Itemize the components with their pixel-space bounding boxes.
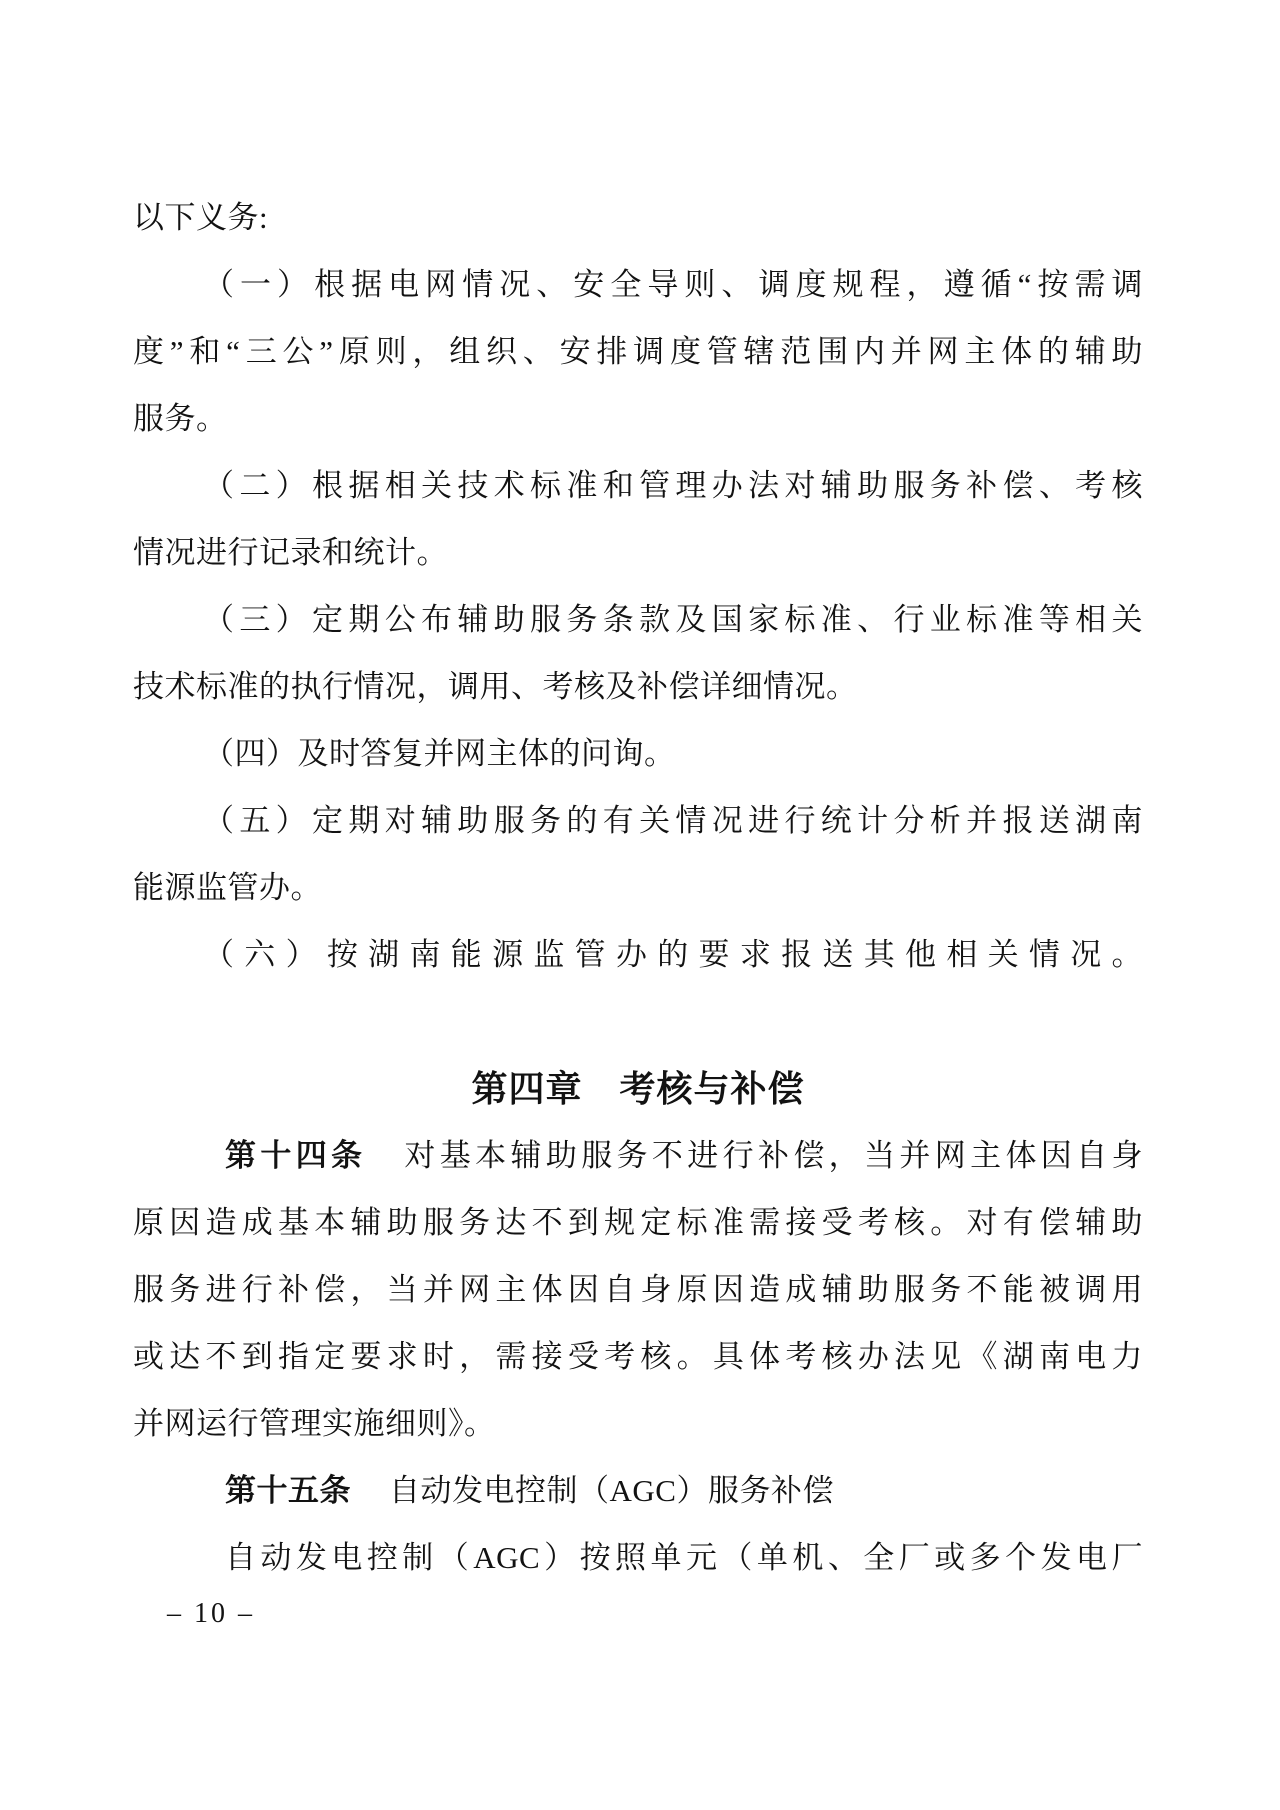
document-body: 以下义务: （一）根据电网情况、安全导则、调度规程，遵循“按需调 度”和“三公”… [133, 184, 1143, 1591]
list-item-line: （六）按湖南能源监管办的要求报送其他相关情况。 [133, 921, 1143, 988]
text-line: 或达不到指定要求时，需接受考核。具体考核办法见《湖南电力 [133, 1323, 1143, 1390]
text-line: 服务进行补偿，当并网主体因自身原因造成辅助服务不能被调用 [133, 1256, 1143, 1323]
text-line: 并网运行管理实施细则》。 [133, 1390, 1143, 1457]
text-line: 服务。 [133, 385, 1143, 452]
document-page: 以下义务: （一）根据电网情况、安全导则、调度规程，遵循“按需调 度”和“三公”… [0, 0, 1280, 1810]
list-item-line: （五）定期对辅助服务的有关情况进行统计分析并报送湖南 [133, 787, 1143, 854]
article-14-opening-text: 对基本辅助服务不进行补偿，当并网主体因自身 [404, 1138, 1143, 1173]
blank-line [133, 988, 1143, 1055]
text-line: 技术标准的执行情况，调用、考核及补偿详细情况。 [133, 653, 1143, 720]
article-15-label: 第十五条 [225, 1473, 351, 1508]
list-item-line: （三）定期公布辅助服务条款及国家标准、行业标准等相关 [133, 586, 1143, 653]
text-line: 以下义务: [133, 184, 1143, 251]
text-line: 能源监管办。 [133, 854, 1143, 921]
article-15-title-text: 自动发电控制（AGC）服务补偿 [389, 1473, 834, 1508]
list-item-line: （一）根据电网情况、安全导则、调度规程，遵循“按需调 [133, 251, 1143, 318]
article-15-title-line: 第十五条自动发电控制（AGC）服务补偿 [133, 1457, 1143, 1524]
list-item-line: （四）及时答复并网主体的问询。 [133, 720, 1143, 787]
article-14-opening-line: 第十四条对基本辅助服务不进行补偿，当并网主体因自身 [133, 1122, 1143, 1189]
list-item-line: （二）根据相关技术标准和管理办法对辅助服务补偿、考核 [133, 452, 1143, 519]
text-line: 自动发电控制（AGC）按照单元（单机、全厂或多个发电厂 [133, 1524, 1143, 1591]
text-line: 情况进行记录和统计。 [133, 519, 1143, 586]
chapter-heading: 第四章 考核与补偿 [133, 1055, 1143, 1122]
text-line: 原因造成基本辅助服务达不到规定标准需接受考核。对有偿辅助 [133, 1189, 1143, 1256]
page-number: – 10 – [167, 1597, 255, 1631]
text-line: 度”和“三公”原则，组织、安排调度管辖范围内并网主体的辅助 [133, 318, 1143, 385]
article-14-label: 第十四条 [225, 1138, 366, 1173]
